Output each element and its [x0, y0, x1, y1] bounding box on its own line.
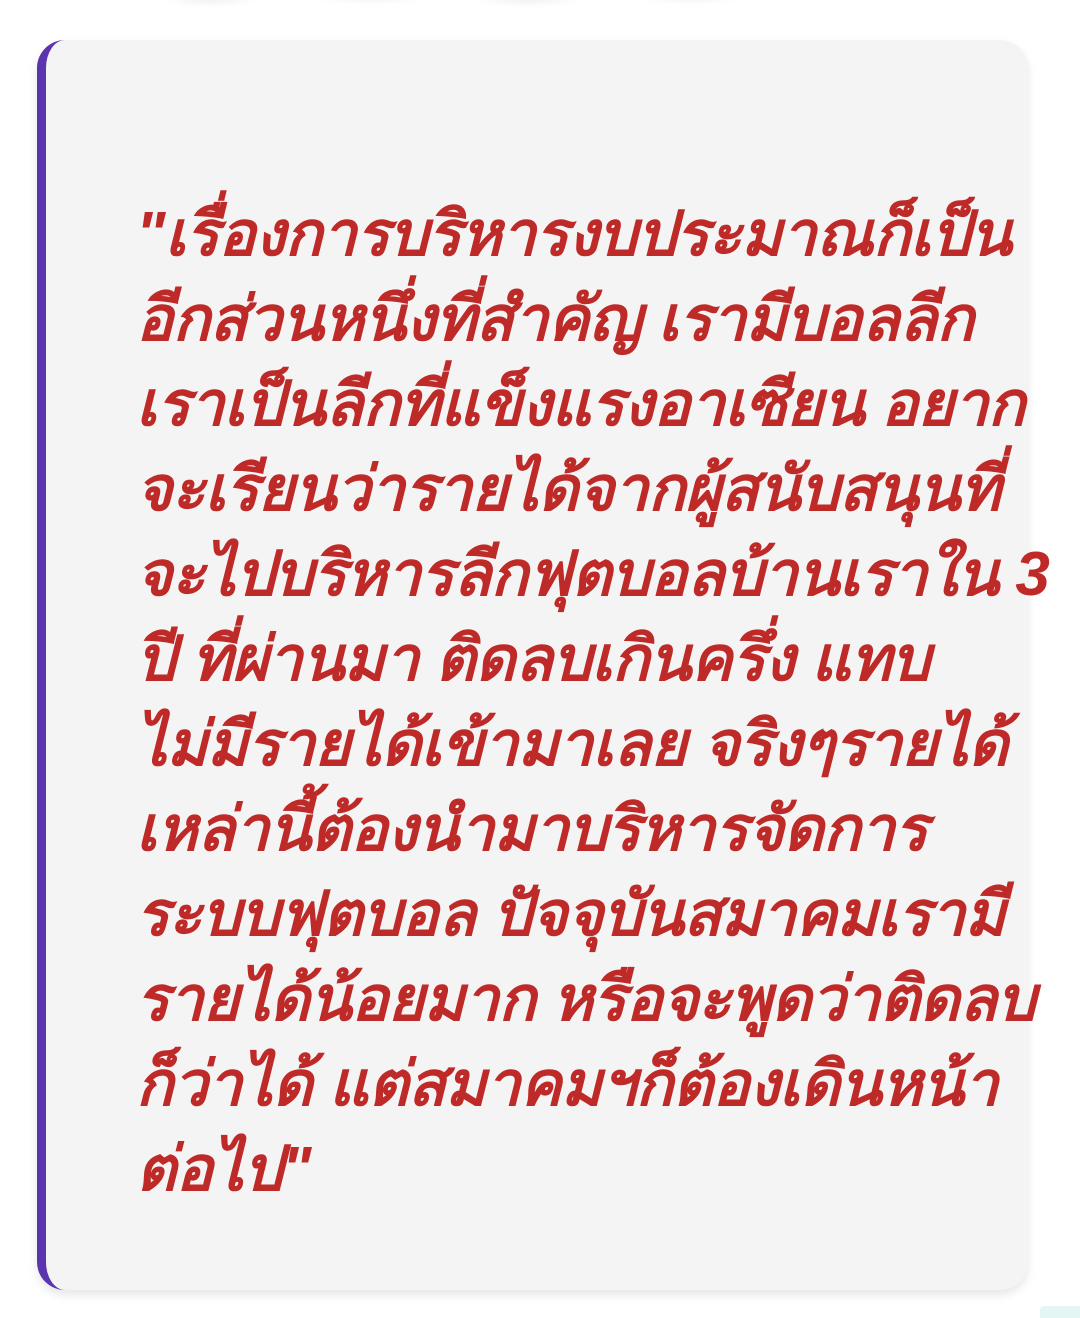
quote-block: "เรื่องการบริหารงบประมาณก็เป็น อีกส่วนหน…: [46, 40, 1028, 1212]
quote-line: เหล่านี้ต้องนำมาบริหารจัดการ: [136, 787, 978, 872]
quote-line: ระบบฟุตบอล ปัจจุบันสมาคมเรามี: [136, 872, 978, 957]
quote-line: ต่อไป": [136, 1127, 978, 1212]
cropped-text-remnant-top: [150, 0, 770, 12]
quote-line: "เรื่องการบริหารงบประมาณก็เป็น: [136, 192, 978, 277]
quote-line: ไม่มีรายได้เข้ามาเลย จริงๆรายได้: [136, 702, 978, 787]
quote-line: ปี ที่ผ่านมา ติดลบเกินครึ่ง แทบ: [136, 617, 978, 702]
quote-card: "เรื่องการบริหารงบประมาณก็เป็น อีกส่วนหน…: [37, 40, 1028, 1290]
quote-line: อีกส่วนหนึ่งที่สำคัญ เรามีบอลลีก: [136, 277, 978, 362]
quote-line: ก็ว่าได้ แต่สมาคมฯก็ต้องเดินหน้า: [136, 1042, 978, 1127]
quote-line: จะไปบริหารลีกฟุตบอลบ้านเราใน 3: [136, 532, 978, 617]
cropped-element-remnant-bottom: [1040, 1306, 1080, 1318]
quote-line: รายได้น้อยมาก หรือจะพูดว่าติดลบ: [136, 957, 978, 1042]
quote-line: จะเรียนว่ารายได้จากผู้สนับสนุนที่: [136, 447, 978, 532]
quote-line: เราเป็นลีกที่แข็งแรงอาเซียน อยาก: [136, 362, 978, 447]
